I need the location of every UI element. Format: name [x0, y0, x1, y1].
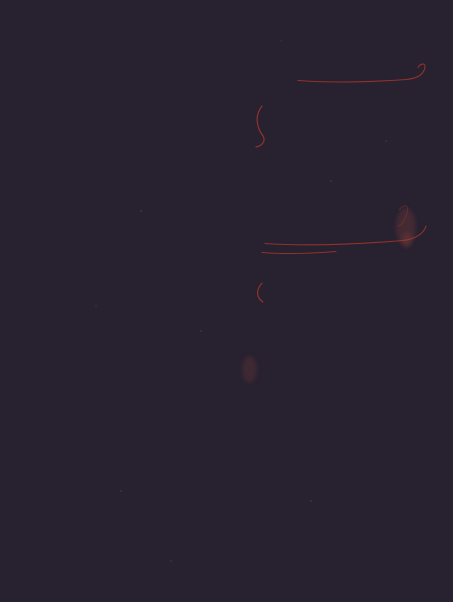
- background-shadow: [0, 0, 453, 602]
- red-show-through-blotch: [402, 232, 412, 248]
- red-show-through-blotch: [242, 356, 257, 383]
- foxing-specks: [140, 210, 142, 212]
